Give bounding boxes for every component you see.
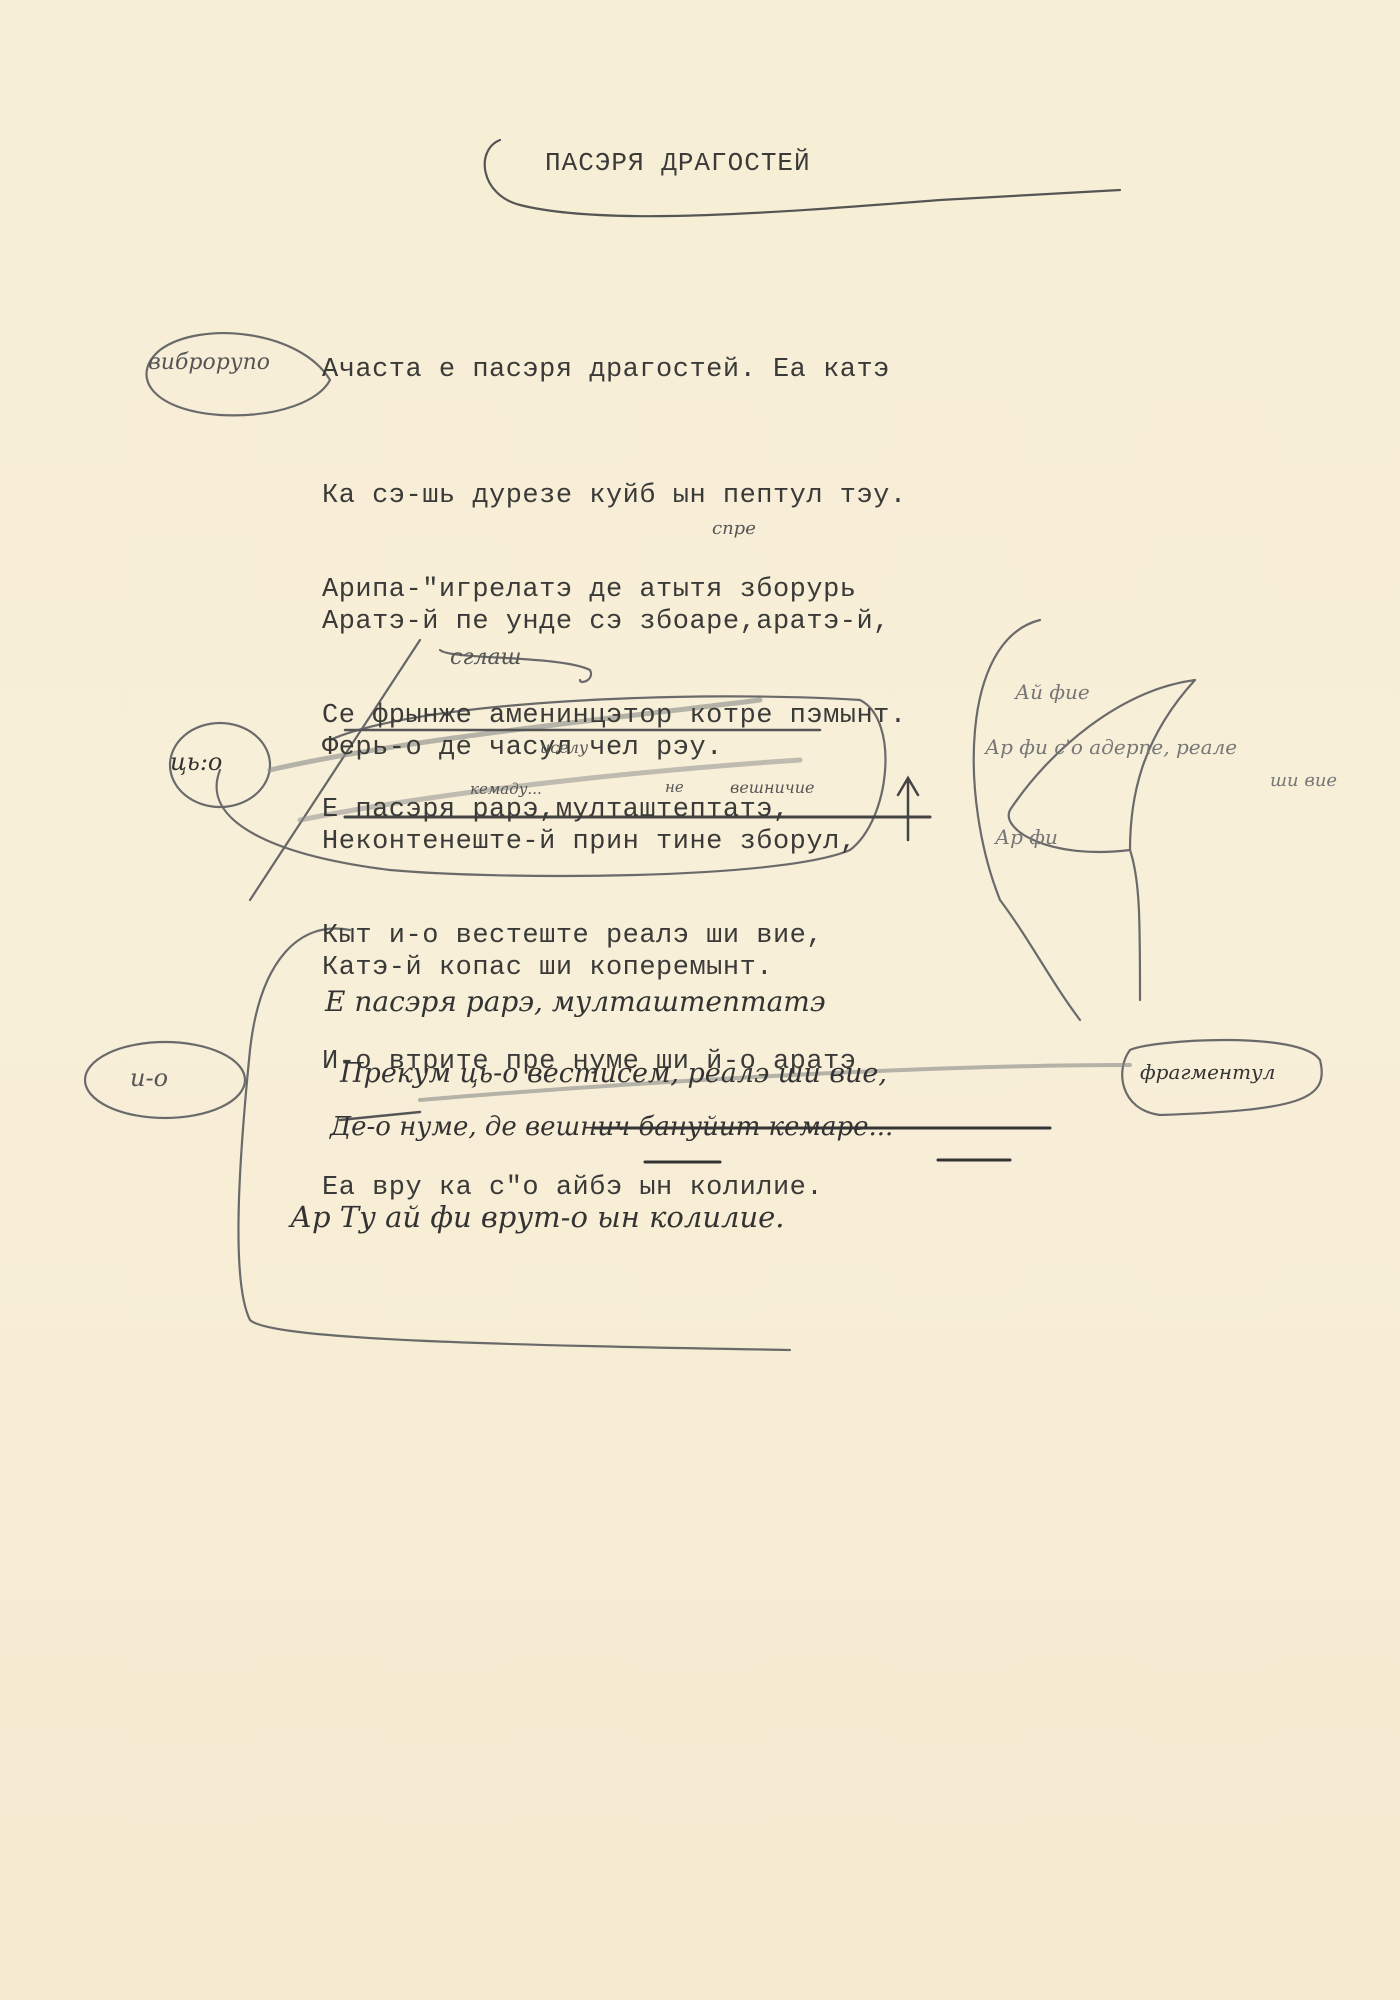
rewrite-line-2: Прекум ць-о вестисем, реалэ ши вие, (340, 1058, 887, 1089)
insert-spre: спре (712, 518, 756, 539)
rewrite-line-4: Ар Ту ай фи врут-о ын колилие. (290, 1200, 785, 1234)
margin-note-1: виброрупо (148, 350, 270, 375)
insert-veshnichie: вешничие (730, 778, 815, 797)
right-note-3: ши вие (1270, 770, 1337, 791)
insert-sglash: сглаш (450, 645, 521, 670)
circled-fragment-note: фрагментул (1140, 1060, 1275, 1084)
insert-iselu: иселу (540, 738, 588, 757)
margin-note-2: ць:о (170, 748, 222, 776)
right-note-1: Ай фие (1015, 680, 1090, 704)
right-note-4: Ар фи (995, 825, 1058, 849)
stanza-2-line-1: Арипа-"игрелатэ де атытя зборурь (322, 569, 907, 611)
stanza-1-line-1: Ачаста е пасэря драгостей. Еа катэ (322, 349, 907, 391)
rewrite-line-1: Е пасэря рарэ, мулташтептатэ (325, 985, 826, 1018)
rewrite-line-3: Де-о нуме, де вешнич бануйит кемаре... (330, 1112, 893, 1142)
document-title: ПАСЭРЯ ДРАГОСТЕЙ (545, 148, 811, 178)
right-note-2: Ар фи с'о адерпе, реале (985, 735, 1237, 759)
stanza-3-line-2: Кыт и-о вестеште реалэ ши вие, (322, 915, 856, 957)
insert-kemadu: кемаду... (470, 780, 542, 798)
margin-note-3: и-о (130, 1064, 168, 1092)
insert-ne: не (665, 778, 684, 796)
